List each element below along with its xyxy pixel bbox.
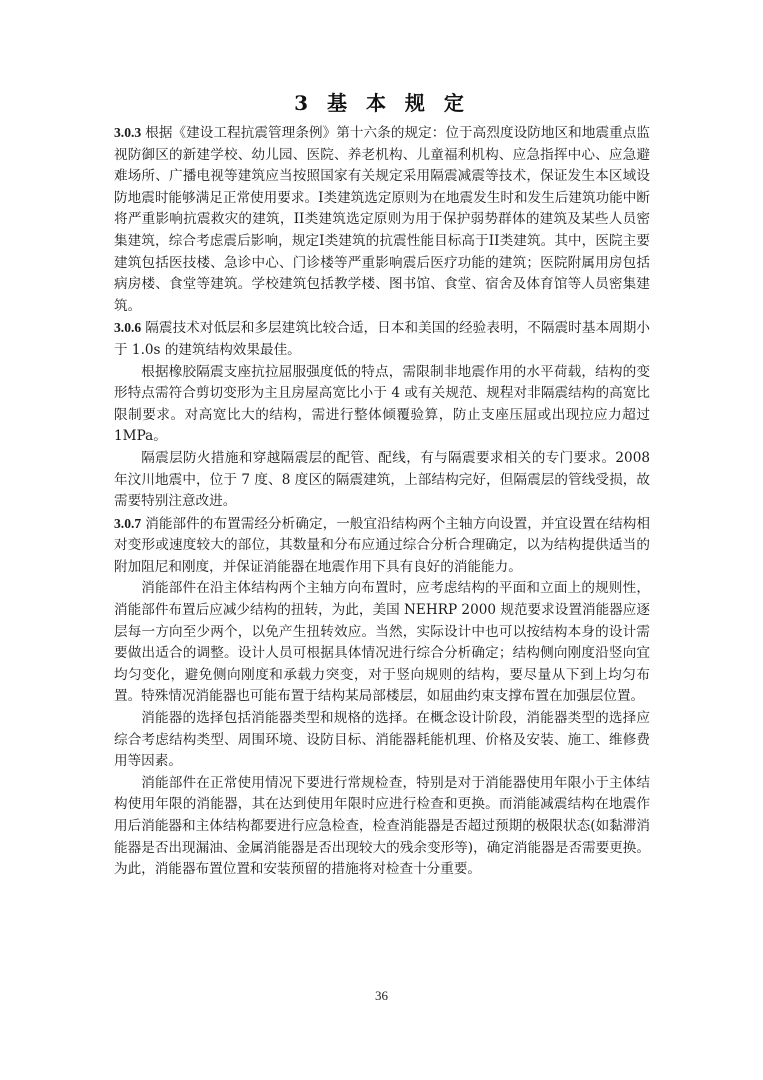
page-number: 36 [0, 988, 763, 1004]
paragraph: 消能部件在正常使用情况下要进行常规检查，特别是对于消能器使用年限小于主体结构使用… [114, 773, 650, 881]
clause-3-0-7: 3.0.7消能部件的布置需经分析确定，一般宜沿结构两个主轴方向设置，并宜设置在结… [114, 513, 650, 579]
clause-number: 3.0.6 [114, 320, 141, 335]
clause-3-0-6: 3.0.6隔震技术对低层和多层建筑比较合适，日本和美国的经验表明，不隔震时基本周… [114, 317, 650, 361]
paragraph: 消能部件在沿主体结构两个主轴方向布置时，应考虑结构的平面和立面上的规则性，消能部… [114, 578, 650, 708]
document-page: 3 基 本 规 定 3.0.3根据《建设工程抗震管理条例》第十六条的规定：位于高… [114, 88, 650, 881]
paragraph-text: 消能部件的布置需经分析确定，一般宜沿结构两个主轴方向设置，并宜设置在结构相对变形… [114, 516, 650, 575]
paragraph-text: 隔震技术对低层和多层建筑比较合适，日本和美国的经验表明，不隔震时基本周期小于 1… [114, 320, 650, 358]
clause-number: 3.0.7 [114, 516, 141, 531]
paragraph-text: 根据《建设工程抗震管理条例》第十六条的规定：位于高烈度设防地区和地震重点监视防御… [114, 125, 650, 314]
paragraph: 消能器的选择包括消能器类型和规格的选择。在概念设计阶段，消能器类型的选择应综合考… [114, 708, 650, 773]
paragraph: 隔震层防火措施和穿越隔震层的配管、配线，有与隔震要求相关的专门要求。2008 年… [114, 448, 650, 513]
clause-number: 3.0.3 [114, 125, 141, 140]
chapter-title: 3 基 本 规 定 [114, 88, 650, 118]
paragraph: 根据橡胶隔震支座抗拉屈服强度低的特点，需限制非地震作用的水平荷载，结构的变形特点… [114, 362, 650, 448]
clause-3-0-3: 3.0.3根据《建设工程抗震管理条例》第十六条的规定：位于高烈度设防地区和地震重… [114, 122, 650, 317]
